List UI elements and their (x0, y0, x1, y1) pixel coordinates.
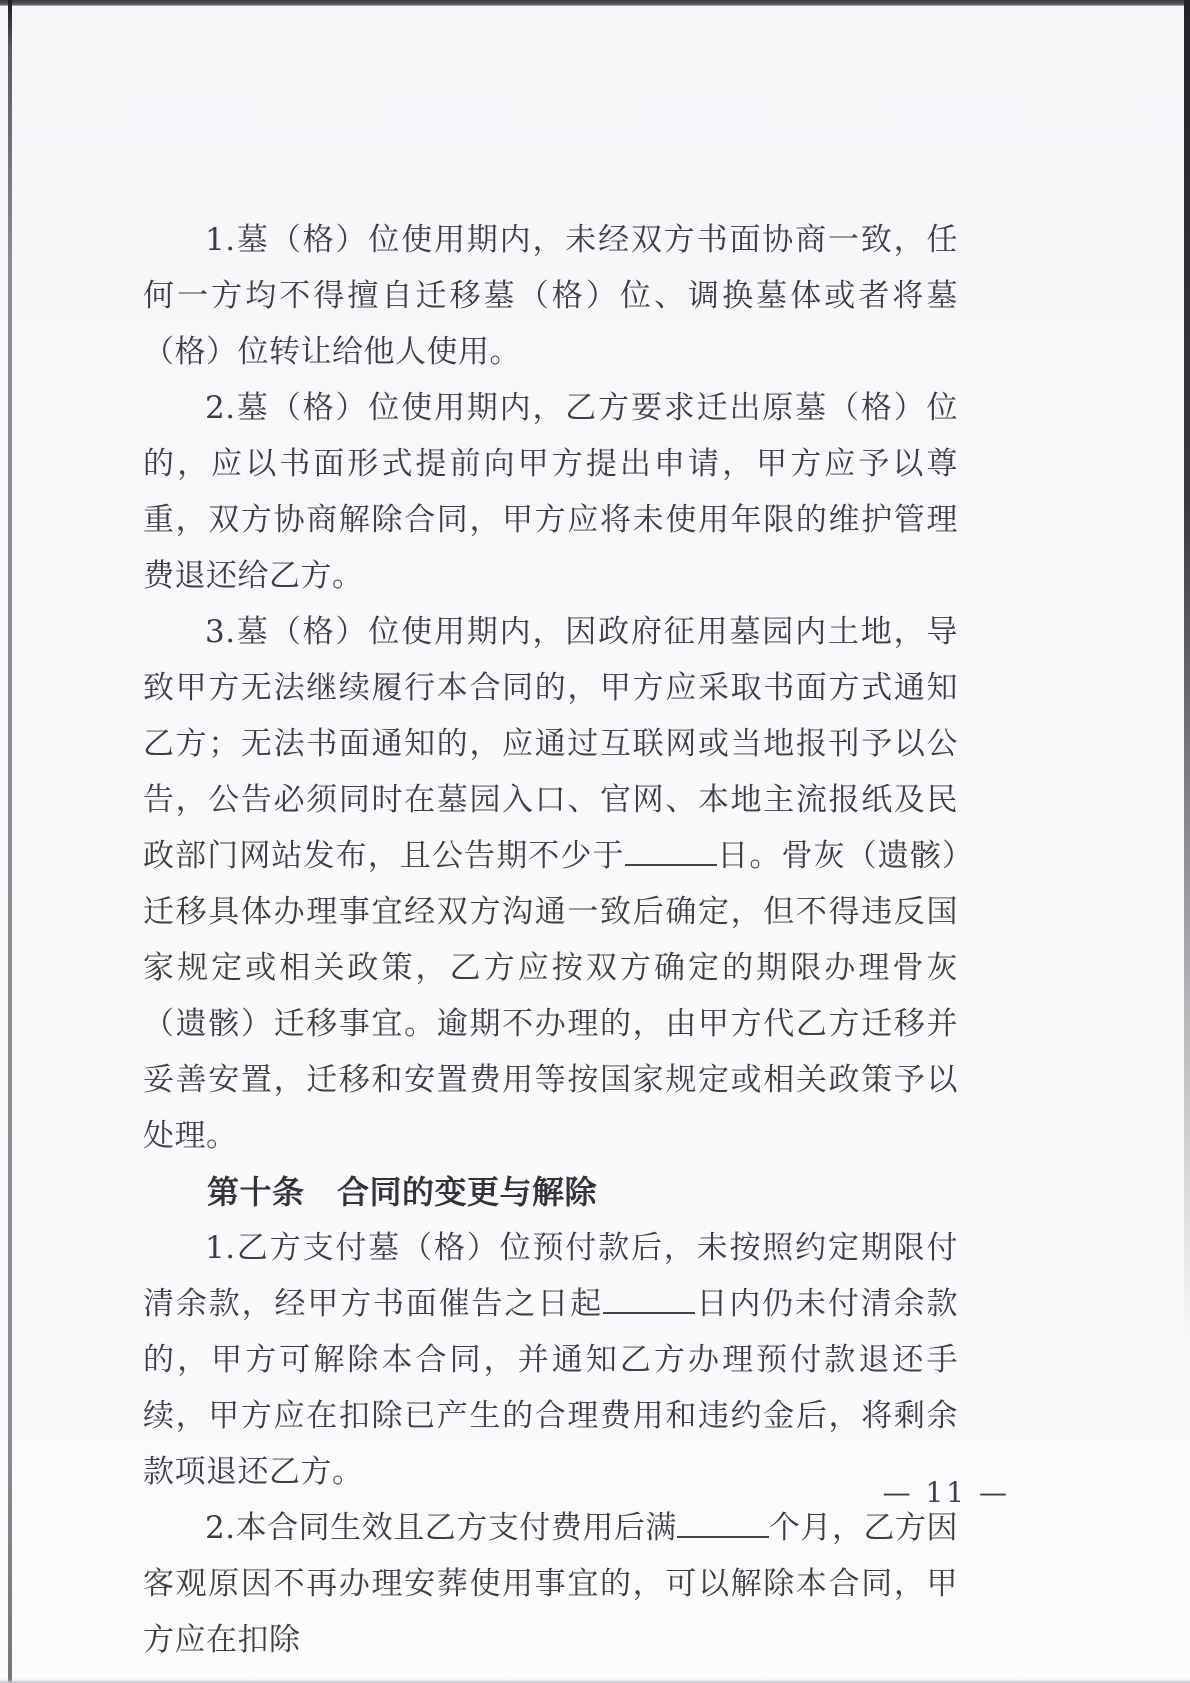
text-run: 日。骨灰（遗骸）迁移具体办理事宜经双方沟通一致后确定，但不得违反国家规定或相关政… (143, 838, 958, 1154)
scan-edge-top (0, 0, 1190, 6)
text-run: 第十条 合同的变更与解除 (207, 1173, 597, 1211)
paragraph: 1.墓（格）位使用期内，未经双方书面协商一致，任何一方均不得擅自迁移墓（格）位、… (143, 212, 958, 380)
text-run: 2.本合同生效且乙方支付费用后满 (205, 1510, 677, 1546)
fill-in-blank-line (625, 835, 717, 866)
paragraph: 1.乙方支付墓（格）位预付款后，未按照约定期限付清余款，经甲方书面催告之日起日内… (143, 1220, 958, 1500)
text-run: 2.墓（格）位使用期内，乙方要求迁出原墓（格）位的，应以书面形式提前向甲方提出申… (143, 390, 958, 594)
scan-edge-bottom (0, 1679, 1190, 1683)
text-run: 1.墓（格）位使用期内，未经双方书面协商一致，任何一方均不得擅自迁移墓（格）位、… (143, 222, 958, 370)
document-body: 1.墓（格）位使用期内，未经双方书面协商一致，任何一方均不得擅自迁移墓（格）位、… (143, 212, 958, 1668)
paragraph: 3.墓（格）位使用期内，因政府征用墓园内土地，导致甲方无法继续履行本合同的，甲方… (143, 604, 958, 1164)
page-number: — 11 — (883, 1476, 1010, 1509)
scan-edge-left-shadow (8, 0, 12, 1683)
paragraph: 2.本合同生效且乙方支付费用后满个月，乙方因客观原因不再办理安葬使用事宜的，可以… (143, 1500, 958, 1668)
article-heading: 第十条 合同的变更与解除 (143, 1164, 958, 1220)
scanned-page: 1.墓（格）位使用期内，未经双方书面协商一致，任何一方均不得擅自迁移墓（格）位、… (0, 0, 1190, 1683)
fill-in-blank-line (677, 1507, 769, 1538)
text-run: 3.墓（格）位使用期内，因政府征用墓园内土地，导致甲方无法继续履行本合同的，甲方… (143, 614, 958, 874)
scan-edge-right (1184, 0, 1190, 1683)
fill-in-blank-line (603, 1283, 695, 1314)
paragraph: 2.墓（格）位使用期内，乙方要求迁出原墓（格）位的，应以书面形式提前向甲方提出申… (143, 380, 958, 604)
